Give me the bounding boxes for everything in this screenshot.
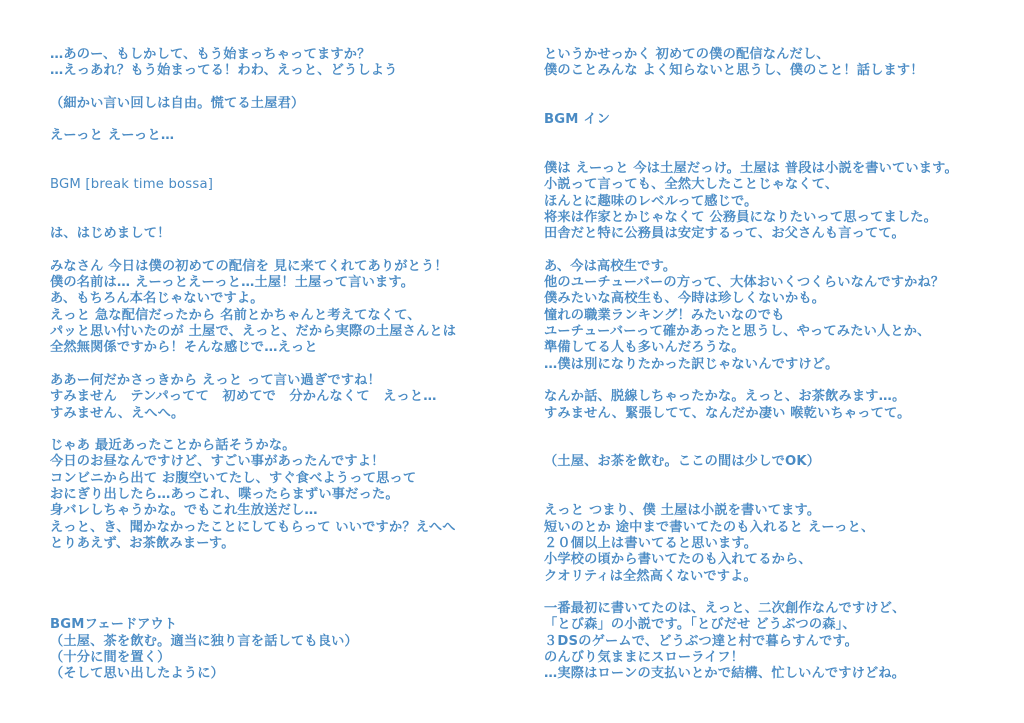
script-line: …えっあれ？もう始まってる！わわ、えっと、どうしよう	[50, 63, 456, 79]
script-line	[50, 112, 456, 128]
script-line: えっと 急な配信だったから 名前とかちゃんと考えてなくて、	[50, 308, 456, 324]
script-line	[50, 194, 456, 210]
script-line: すみません、えへへ。	[50, 406, 456, 422]
script-line	[50, 80, 456, 96]
script-line: 僕みたいな高校生も、今時は珍しくないかも。	[544, 291, 958, 307]
script-line	[50, 161, 456, 177]
script-line: コンビニから出て お腹空いてたし、すぐ食べようって思って	[50, 471, 456, 487]
script-line	[544, 487, 958, 503]
script-line	[50, 210, 456, 226]
script-line: …僕は別になりたかった訳じゃないんですけど。	[544, 357, 958, 373]
script-line: ユーチューバーって確かあったと思うし、やってみたい人とか、	[544, 324, 958, 340]
script-line	[544, 471, 958, 487]
script-line	[544, 128, 958, 144]
script-column-left: …あのー、もしかして、もう始まっちゃってますか？…えっあれ？もう始まってる！わわ…	[50, 47, 456, 683]
script-line	[544, 243, 958, 259]
script-line: パッと思い付いたのが 土屋で、えっと、だから実際の土屋さんとは	[50, 324, 456, 340]
script-line	[50, 552, 456, 568]
script-line: ２０個以上は書いてると思います。	[544, 536, 958, 552]
script-line: …あのー、もしかして、もう始まっちゃってますか？	[50, 47, 456, 63]
script-line	[50, 422, 456, 438]
script-line: というかせっかく 初めての僕の配信なんだし、	[544, 47, 958, 63]
script-line: のんびり気ままにスローライフ！	[544, 650, 958, 666]
script-line	[544, 438, 958, 454]
left-page: …あのー、もしかして、もう始まっちゃってますか？…えっあれ？もう始まってる！わわ…	[0, 0, 512, 723]
script-line	[544, 96, 958, 112]
script-column-right: というかせっかく 初めての僕の配信なんだし、僕のことみんな よく知らないと思うし…	[544, 47, 958, 683]
script-line	[544, 145, 958, 161]
script-line: 準備してる人も多いんだろうな。	[544, 340, 958, 356]
script-line: は、はじめまして！	[50, 226, 456, 242]
script-line: 田舎だと特に公務員は安定するって、お父さんも言ってて。	[544, 226, 958, 242]
script-line	[544, 80, 958, 96]
right-page: というかせっかく 初めての僕の配信なんだし、僕のことみんな よく知らないと思うし…	[512, 0, 1024, 723]
script-line: ほんとに趣味のレベルって感じで。	[544, 194, 958, 210]
script-line: （細かい言い回しは自由。慌てる土屋君）	[50, 96, 456, 112]
script-line	[50, 243, 456, 259]
script-line: 一番最初に書いてたのは、えっと、二次創作なんですけど、	[544, 601, 958, 617]
script-line: 憧れの職業ランキング！みたいなのでも	[544, 308, 958, 324]
script-line: 小学校の頃から書いてたのも入れてるから、	[544, 552, 958, 568]
script-line: 将来は作家とかじゃなくて 公務員になりたいって思ってました。	[544, 210, 958, 226]
script-line: （十分に間を置く）	[50, 650, 456, 666]
script-line	[544, 422, 958, 438]
script-line	[544, 373, 958, 389]
script-line: BGM [break time bossa]	[50, 177, 456, 193]
script-line: 短いのとか 途中まで書いてたのも入れると えーっと、	[544, 520, 958, 536]
script-line: あ、今は高校生です。	[544, 259, 958, 275]
script-line: 身バレしちゃうかな。でもこれ生放送だし…	[50, 503, 456, 519]
script-line: えっと つまり、僕 土屋は小説を書いてます。	[544, 503, 958, 519]
script-line: 僕は えーっと 今は土屋だっけ。土屋は 普段は小説を書いています。	[544, 161, 958, 177]
script-line: みなさん 今日は僕の初めての配信を 見に来てくれてありがとう！	[50, 259, 456, 275]
script-line: 今日のお昼なんですけど、すごい事があったんですよ！	[50, 454, 456, 470]
script-line: 僕の名前は… えーっとえーっと…土屋！土屋って言います。	[50, 275, 456, 291]
script-line: すみません、緊張してて、なんだか凄い 喉乾いちゃってて。	[544, 406, 958, 422]
script-line: BGM イン	[544, 112, 958, 128]
script-line: クオリティは全然高くないですよ。	[544, 569, 958, 585]
script-line: …実際はローンの支払いとかで結構、忙しいんですけどね。	[544, 666, 958, 682]
script-line: 小説って言っても、全然大したことじゃなくて、	[544, 177, 958, 193]
script-line: （土屋、茶を飲む。適当に独り言を話しても良い）	[50, 634, 456, 650]
script-line: えっと、き、聞かなかったことにしてもらって いいですか？えへへ	[50, 520, 456, 536]
script-line: 全然無関係ですから！そんな感じで…えっと	[50, 340, 456, 356]
script-line: 他のユーチューバーの方って、大体おいくつくらいなんですかね？	[544, 275, 958, 291]
script-line	[50, 145, 456, 161]
script-line	[50, 601, 456, 617]
script-line: （そして思い出したように）	[50, 666, 456, 682]
script-line: 「とび森」の小説です。「とびだせ どうぶつの森」、	[544, 617, 958, 633]
script-line	[50, 569, 456, 585]
script-line: 僕のことみんな よく知らないと思うし、僕のこと！話します！	[544, 63, 958, 79]
script-line: ３DSのゲームで、どうぶつ達と村で暮らすんです。	[544, 634, 958, 650]
script-line: あ、もちろん本名じゃないですよ。	[50, 291, 456, 307]
script-line	[50, 585, 456, 601]
script-line: とりあえず、お茶飲みまーす。	[50, 536, 456, 552]
script-line: じゃあ 最近あったことから話そうかな。	[50, 438, 456, 454]
script-line: なんか話、脱線しちゃったかな。えっと、お茶飲みます…。	[544, 389, 958, 405]
script-line: えーっと えーっと…	[50, 128, 456, 144]
script-line	[544, 585, 958, 601]
script-line: おにぎり出したら…あっこれ、喋ったらまずい事だった。	[50, 487, 456, 503]
script-line: すみません テンパってて 初めてで 分かんなくて えっと…	[50, 389, 456, 405]
script-line: ああー何だかさっきから えっと って言い過ぎですね！	[50, 373, 456, 389]
script-line	[50, 357, 456, 373]
script-line: （土屋、お茶を飲む。ここの間は少しでOK）	[544, 454, 958, 470]
script-line: BGMフェードアウト	[50, 617, 456, 633]
